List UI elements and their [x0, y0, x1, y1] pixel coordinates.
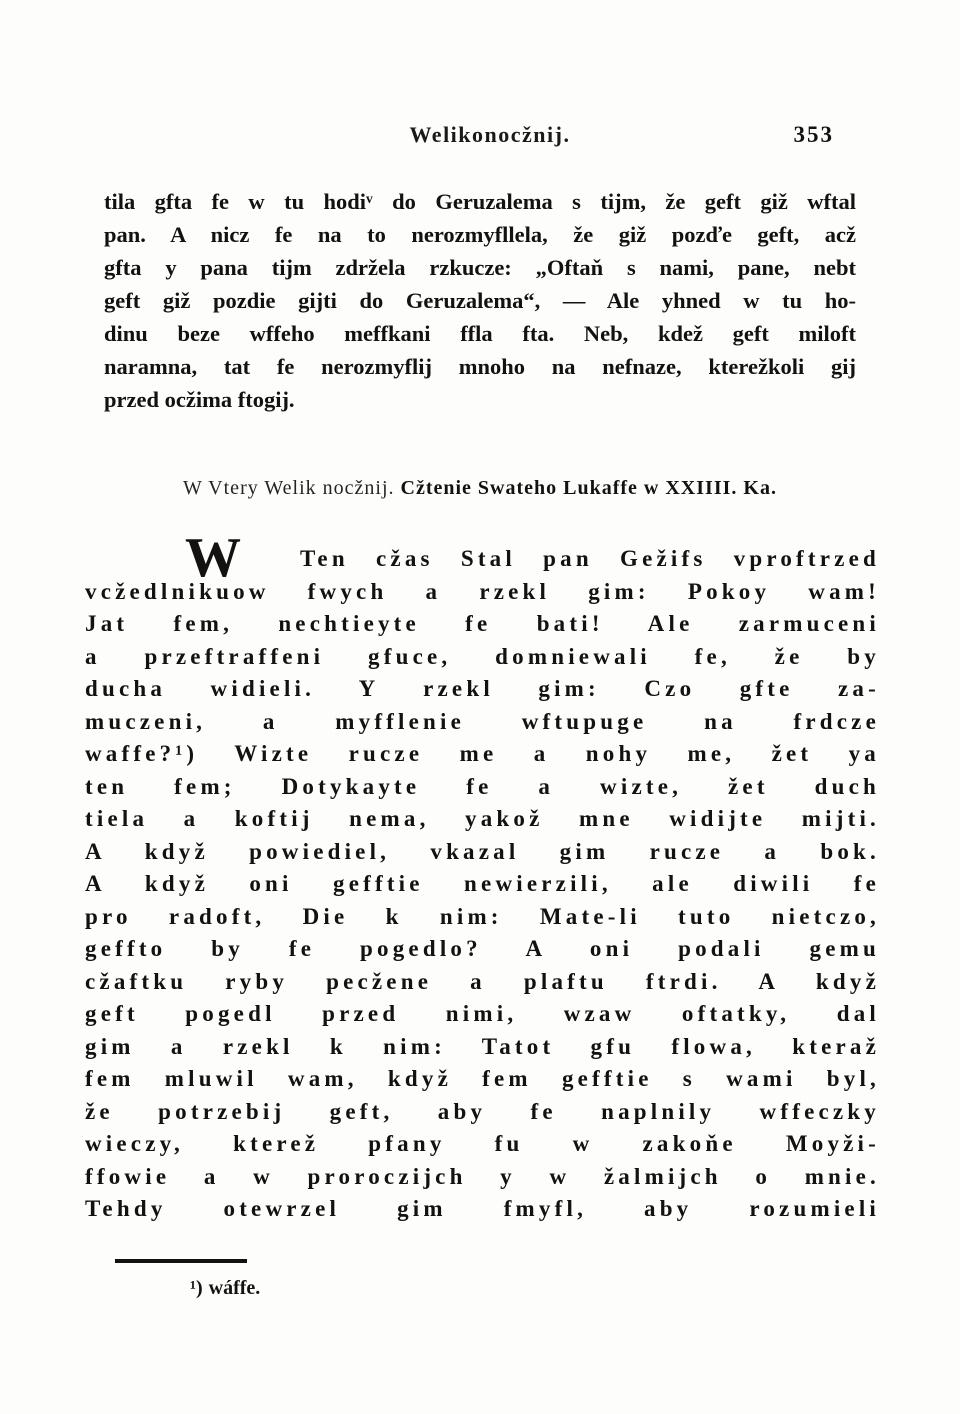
text-line: Jat fem, nechtieyte fe bati! Ale zarmuce…	[85, 608, 880, 641]
running-header: Welikonocžnij. 353	[0, 122, 960, 154]
text-line: Tehdy otewrzel gim fmyfl, aby rozumieli	[85, 1193, 880, 1226]
text-line: waffe?¹) Wizte rucze me a nohy me, žet y…	[85, 738, 880, 771]
text-line: dinu beze wffeho meffkani ffla fta. Neb,…	[104, 317, 856, 350]
book-page: Welikonocžnij. 353 tila gfta fe w tu hod…	[0, 0, 960, 1414]
text-line: a przeftraffeni gfuce, domniewali fe, že…	[85, 641, 880, 674]
first-line-text: Ten cžas Stal pan Gežifs vproftrzed	[300, 546, 880, 571]
text-line: muczeni, a myfflenie wftupuge na frdcze	[85, 706, 880, 739]
text-line: tila gfta fe w tu hodiᵛ do Geruzalema s …	[104, 185, 856, 218]
text-line: gfta y pana tijm zdržela rzkucze: „Oftaň…	[104, 251, 856, 284]
text-line: A když powiediel, vkazal gim rucze a bok…	[85, 836, 880, 869]
text-line: ducha widieli. Y rzekl gim: Czo gfte za-	[85, 673, 880, 706]
heading-bold-part: Cžtenie Swateho Lukaffe w XXIIII. Ka.	[401, 477, 777, 499]
body-lines: vcžedlnikuow fwych a rzekl gim: Pokoy wa…	[85, 576, 880, 1226]
text-line: wieczy, kterež pfany fu w zakoňe Moyži-	[85, 1128, 880, 1161]
footnote-divider	[115, 1259, 247, 1263]
footnote-text: wáffe.	[209, 1277, 261, 1299]
text-line: že potrzebij geft, aby fe naplnily wffec…	[85, 1096, 880, 1129]
text-line: geft giž pozdie gijti do Geruzalema“, — …	[104, 284, 856, 317]
text-line: pro radoft, Die k nim: Mate-li tuto niet…	[85, 901, 880, 934]
body-first-line: WTen cžas Stal pan Gežifs vproftrzed	[85, 543, 880, 576]
text-line: ffowie a w proroczijch y w žalmijch o mn…	[85, 1161, 880, 1194]
text-line: geft pogedl przed nimi, wzaw oftatky, da…	[85, 998, 880, 1031]
text-line: geffto by fe pogedlo? A oni podali gemu	[85, 933, 880, 966]
footnote: ¹)wáffe.	[190, 1277, 260, 1300]
heading-regular-part: W Vtery Welik nocžnij.	[183, 477, 394, 499]
intro-paragraph: tila gfta fe w tu hodiᵛ do Geruzalema s …	[104, 185, 856, 416]
running-title: Welikonocžnij.	[410, 122, 571, 148]
text-line: przed ocžima ftogij.	[104, 383, 856, 416]
text-line: cžaftku ryby pecžene a plaftu ftrdi. A k…	[85, 966, 880, 999]
text-line: ten fem; Dotykayte fe a wizte, žet duch	[85, 771, 880, 804]
text-line: A když oni gefftie newierzili, ale diwil…	[85, 868, 880, 901]
drop-cap-initial: W	[185, 530, 241, 586]
gospel-body: WTen cžas Stal pan Gežifs vproftrzed vcž…	[85, 543, 880, 1226]
text-line: fem mluwil wam, když fem gefftie s wami …	[85, 1063, 880, 1096]
text-line: naramna, tat fe nerozmyflij mnoho na nef…	[104, 350, 856, 383]
text-line: gim a rzekl k nim: Tatot gfu flowa, kter…	[85, 1031, 880, 1064]
text-line: tiela a koftij nema, yakož mne widijte m…	[85, 803, 880, 836]
footnote-marker: ¹)	[190, 1277, 203, 1299]
text-line: pan. A nicz fe na to nerozmyfllela, že g…	[104, 218, 856, 251]
page-number: 353	[794, 122, 835, 148]
section-heading: W Vtery Welik nocžnij. Cžtenie Swateho L…	[0, 477, 960, 500]
